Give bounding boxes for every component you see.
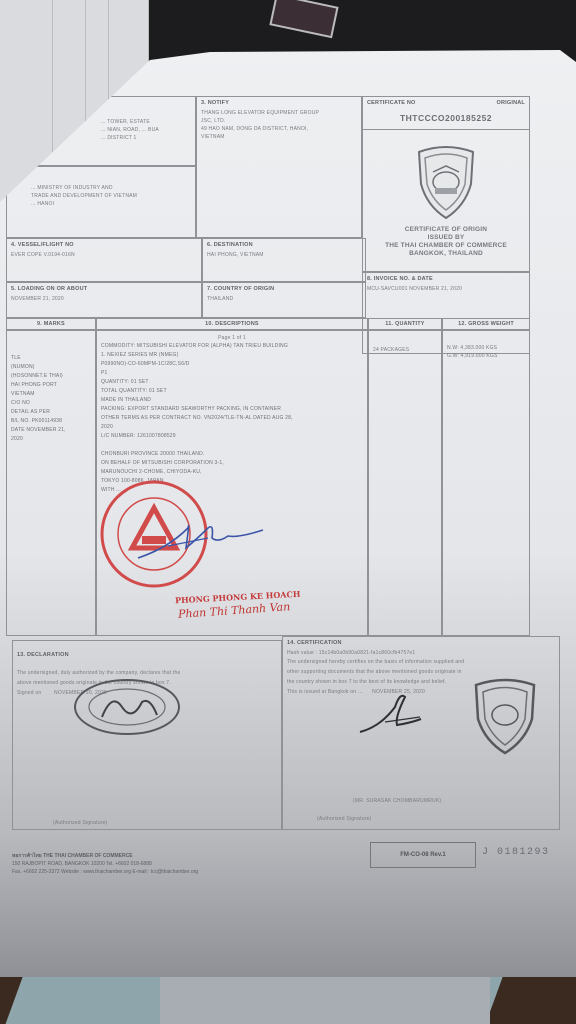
consignee-line: TRADE AND DEVELOPMENT OF VIETNAM	[31, 192, 191, 200]
destination-label: 6. DESTINATION	[207, 242, 361, 248]
certifier-name: (MR. SURASAK CHOMBARUMRUK)	[353, 797, 441, 805]
marks-column: TLE(NUMON)(HOSONNET.E THAI)HAI PHONG POR…	[6, 330, 96, 636]
certification-line: The undersigned hereby certifies on the …	[287, 657, 555, 667]
loading-label: 5. LOADING ON OR ABOUT	[11, 286, 197, 292]
certificate-number: THTCCCO200185252	[367, 113, 525, 123]
consignee-line: ... HANOI	[31, 200, 191, 208]
form-code: FM-CO-08 Rev.1	[370, 842, 476, 868]
issued-label: This is issued at Bangkok on	[287, 689, 356, 695]
description-line: 1. NEXIEZ SERIES MR (NMEG)	[101, 351, 363, 360]
exporter-line: ... NIAN, ROAD, ... BUA	[101, 126, 191, 134]
box-destination: 6. DESTINATION HAI PHONG, VIETNAM	[202, 238, 366, 282]
description-line: P0990NO)-CO-60MPM-1C/28C,S6/D	[101, 360, 363, 369]
description-page-number: Page 1 of 1	[101, 334, 363, 342]
declaration-label: 13. DECLARATION	[17, 652, 277, 658]
marks-line: B/L NO. PK00114938	[11, 417, 91, 426]
serial-number: J 0181293	[482, 847, 550, 858]
marks-line: DATE NOVEMBER 21,	[11, 426, 91, 435]
certificate-document: ... TOWER, ESTATE ... NIAN, ROAD, ... BU…	[0, 32, 576, 977]
background-object	[269, 0, 338, 38]
declaration-signature-caption: (Authorized Signature)	[53, 819, 107, 827]
destination-value: HAI PHONG, VIETNAM	[207, 251, 361, 259]
certifier-signature	[355, 687, 425, 737]
invoice-value: MCU-SAVCU001 NOVEMBER 21, 2020	[367, 285, 525, 293]
notify-line: THANG LONG ELEVATOR EQUIPMENT GROUP	[201, 109, 357, 117]
background-gray-paper	[160, 972, 490, 1024]
country-origin-label: 7. COUNTRY OF ORIGIN	[207, 286, 361, 292]
notify-line: JSC, LTD.	[201, 117, 357, 125]
footer-line: Fax. +6602 225-3372 Website : www.thaich…	[12, 868, 572, 876]
vessel-value: EVER COPE V.0194-016N	[11, 251, 197, 259]
description-line: COMMODITY: MITSUBISHI ELEVATOR FOR (ALPH…	[101, 342, 363, 351]
marks-line: (HOSONNET.E THAI)	[11, 372, 91, 381]
consignee-line: ... MINISTRY OF INDUSTRY AND	[31, 184, 191, 192]
description-line: 2020	[101, 423, 363, 432]
signed-on-label: Signed on	[17, 690, 41, 696]
marks-line: HAI PHONG PORT	[11, 381, 91, 390]
quantity-value: 24 PACKAGES	[373, 346, 437, 354]
quantity-column: 24 PACKAGES	[368, 330, 442, 636]
vessel-label: 4. VESSEL/FLIGHT NO	[11, 242, 197, 248]
issuer-line: CERTIFICATE OF ORIGIN	[367, 226, 525, 234]
descriptions-header: 10. DESCRIPTIONS	[205, 321, 259, 327]
description-line	[101, 441, 363, 450]
box-certificate-header: CERTIFICATE NO ORIGINAL THTCCCO200185252…	[362, 96, 530, 272]
chamber-seal-icon	[470, 677, 540, 755]
certification-signature-caption: (Authorized Signature)	[317, 815, 371, 823]
description-line: PACKING: EXPORT STANDARD SEAWORTHY PACKI…	[101, 405, 363, 414]
box-vessel: 4. VESSEL/FLIGHT NO EVER COPE V.0194-016…	[6, 238, 202, 282]
marks-line: VIETNAM	[11, 390, 91, 399]
exporter-line: ... DISTRICT 1	[101, 134, 191, 142]
box-notify: 3. NOTIFY THANG LONG ELEVATOR EQUIPMENT …	[196, 96, 362, 238]
invoice-label: 8. INVOICE NO. & DATE	[367, 276, 525, 282]
description-line: MARUNOUCHI 2-CHOME, CHIYODA-KU,	[101, 468, 363, 477]
notify-line: VIETNAM	[201, 133, 357, 141]
declaration-seal-icon	[72, 677, 182, 737]
gross-weight: G.W: 4,919.000 KGS	[447, 352, 525, 360]
gross-weight-column: N.W: 4,383.000 KGS G.W: 4,919.000 KGS	[442, 330, 530, 636]
marks-line: C/O NO	[11, 399, 91, 408]
certification-label: 14. CERTIFICATION	[287, 640, 555, 646]
issuer-line: THE THAI CHAMBER OF COMMERCE	[367, 242, 525, 250]
description-line: P1	[101, 369, 363, 378]
box-country-of-origin: 7. COUNTRY OF ORIGIN THAILAND	[202, 282, 366, 318]
original-label: ORIGINAL	[497, 100, 526, 106]
notify-label: 3. NOTIFY	[201, 100, 357, 106]
column-header-gross-weight: 12. GROSS WEIGHT	[442, 318, 530, 330]
exporter-line: ... TOWER, ESTATE	[101, 118, 191, 126]
issuer-line: ISSUED BY	[367, 234, 525, 242]
certification-line: other supporting documents that the abov…	[287, 667, 555, 677]
column-header-quantity: 11. QUANTITY	[368, 318, 442, 330]
marks-header: 9. MARKS	[37, 321, 65, 327]
box-loading: 5. LOADING ON OR ABOUT NOVEMBER 21, 2020	[6, 282, 202, 318]
quantity-header: 11. QUANTITY	[385, 321, 424, 327]
issuer-line: BANGKOK, THAILAND	[367, 250, 525, 258]
footer-line: 150 RAJBOPIT ROAD, BANGKOK 10200 Tel. +6…	[12, 860, 572, 868]
description-line: QUANTITY: 01 SET	[101, 378, 363, 387]
hash-value: Hash value : 15c14b0a0b90a0821-fa1c860cf…	[287, 649, 555, 657]
net-weight: N.W: 4,383.000 KGS	[447, 344, 525, 352]
box-consignee: ... MINISTRY OF INDUSTRY AND TRADE AND D…	[6, 166, 196, 238]
description-line: TOTAL QUANTITY: 01 SET	[101, 387, 363, 396]
notify-line: 49 HAO NAM, DONG DA DISTRICT, HANOI,	[201, 125, 357, 133]
column-header-marks: 9. MARKS	[6, 318, 96, 330]
description-line: L/C NUMBER: 1261007808529	[101, 432, 363, 441]
marks-line: TLE	[11, 354, 91, 363]
description-line: ON BEHALF OF MITSUBISHI CORPORATION 3-1,	[101, 459, 363, 468]
marks-line: DETAIL AS PER	[11, 408, 91, 417]
marks-line: (NUMON)	[11, 363, 91, 372]
description-line: MADE IN THAILAND	[101, 396, 363, 405]
marks-line: 2020	[11, 435, 91, 444]
country-origin-value: THAILAND	[207, 295, 361, 303]
gross-weight-header: 12. GROSS WEIGHT	[458, 321, 514, 327]
chamber-emblem-icon	[413, 144, 479, 220]
signature-blue	[128, 508, 268, 568]
column-header-descriptions: 10. DESCRIPTIONS	[96, 318, 368, 330]
loading-value: NOVEMBER 21, 2020	[11, 295, 197, 303]
certificate-no-label: CERTIFICATE NO	[367, 100, 416, 106]
description-line: CHONBURI PROVINCE 20000 THAILAND.	[101, 450, 363, 459]
description-line: OTHER TERMS AS PER CONTRACT NO. VN2024/T…	[101, 414, 363, 423]
